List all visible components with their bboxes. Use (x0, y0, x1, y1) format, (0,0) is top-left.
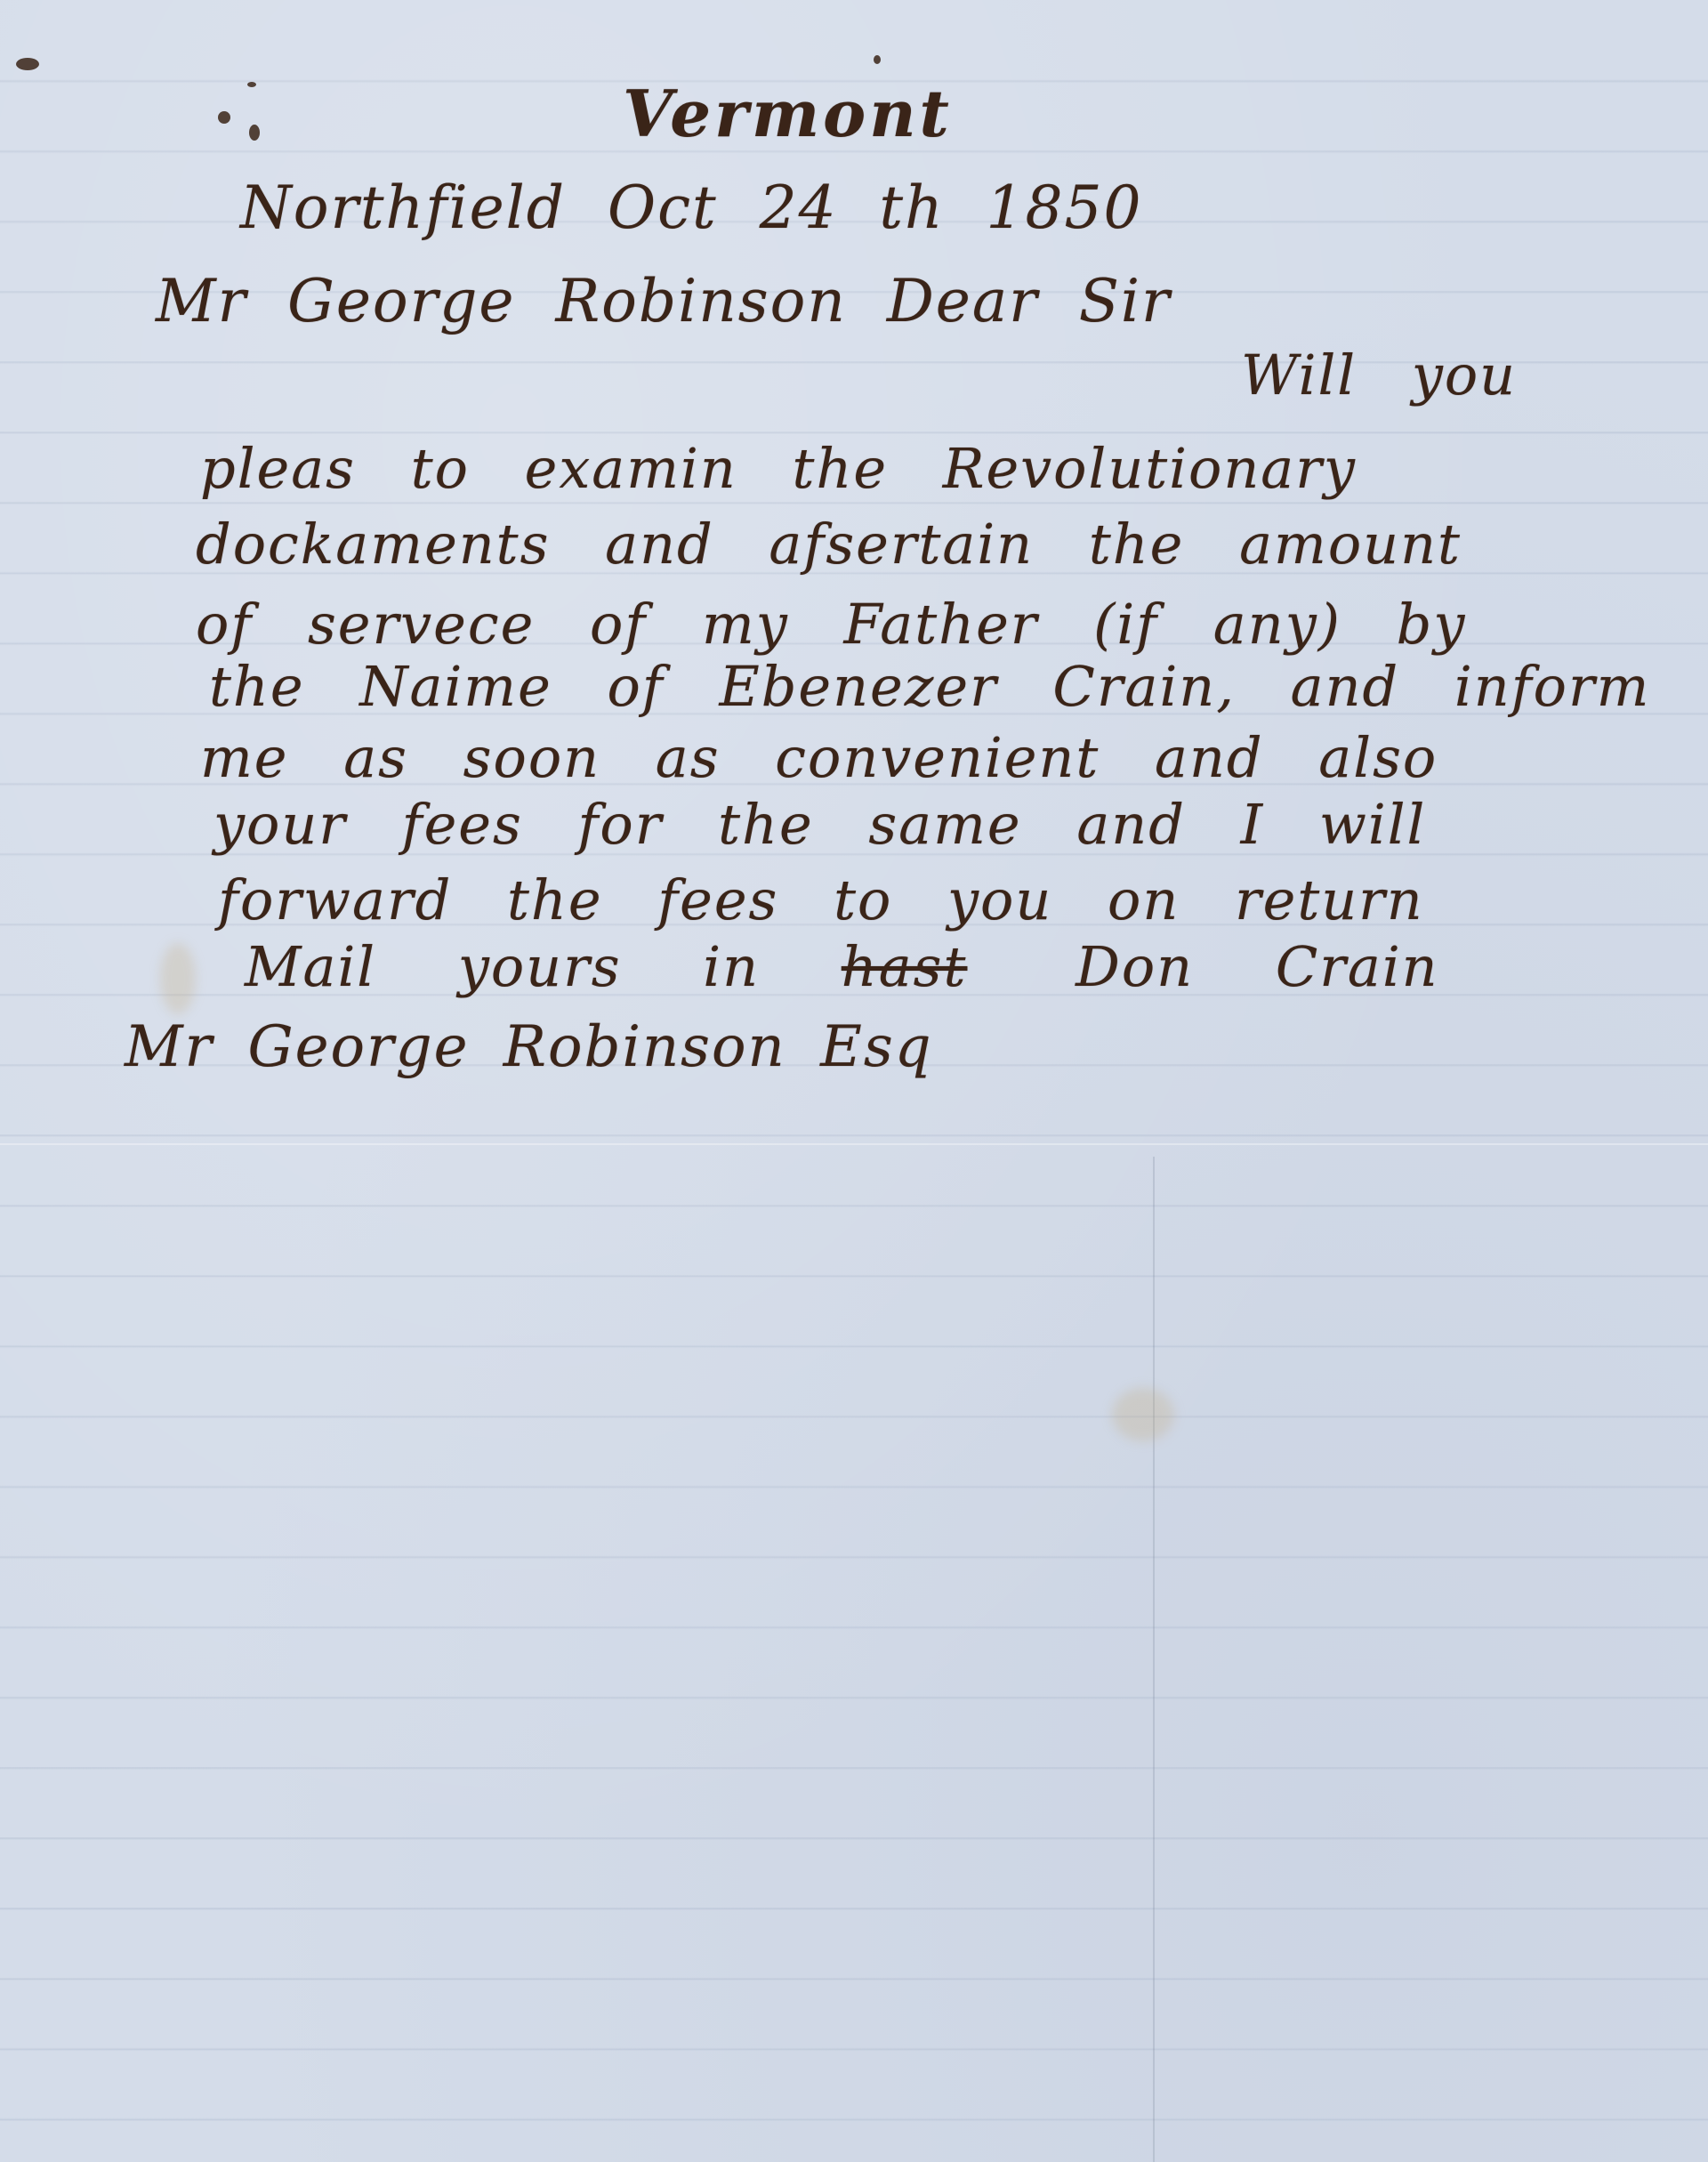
dateline-place: Northfield (240, 173, 566, 242)
ink-spot (16, 58, 39, 70)
paper-fold-vertical (1153, 1157, 1155, 2162)
addressee: Mr George Robinson Esq (125, 1014, 933, 1080)
ink-spot (249, 125, 260, 141)
struck-word: hast (842, 934, 968, 999)
ink-spot (218, 111, 230, 124)
body-line: me as soon as convenient and also (200, 725, 1438, 790)
dateline-date: Oct 24 th 1850 (608, 173, 1143, 242)
closing-mail: Mail (245, 934, 376, 999)
signature: Don Crain (1076, 934, 1438, 999)
body-line: pleas to examin the Revolutionary (200, 436, 1357, 501)
dateline: Northfield Oct 24 th 1850 (240, 173, 1143, 242)
body-line: the Naime of Ebenezer Crain, and inform (209, 654, 1650, 719)
letter-heading: Vermont (623, 76, 953, 151)
body-line: your fees for the same and I will (213, 792, 1426, 857)
paper-fold-horizontal (0, 1143, 1708, 1145)
body-line: Will you (1241, 343, 1517, 407)
closing-line: Mail yours in hast Don Crain (245, 934, 1439, 999)
body-line: of servece of my Father (if any) by (196, 592, 1466, 657)
paper-stain (160, 943, 196, 1014)
ink-spot (874, 55, 881, 64)
ink-spot (247, 82, 256, 87)
body-line: forward the fees to you on return (218, 867, 1424, 932)
closing-in: in (703, 934, 760, 999)
body-line: dockaments and afsertain the amount (196, 512, 1462, 577)
closing-yours: yours (458, 934, 622, 999)
paper-stain (1112, 1388, 1174, 1441)
salutation: Mr George Robinson Dear Sir (156, 267, 1172, 335)
